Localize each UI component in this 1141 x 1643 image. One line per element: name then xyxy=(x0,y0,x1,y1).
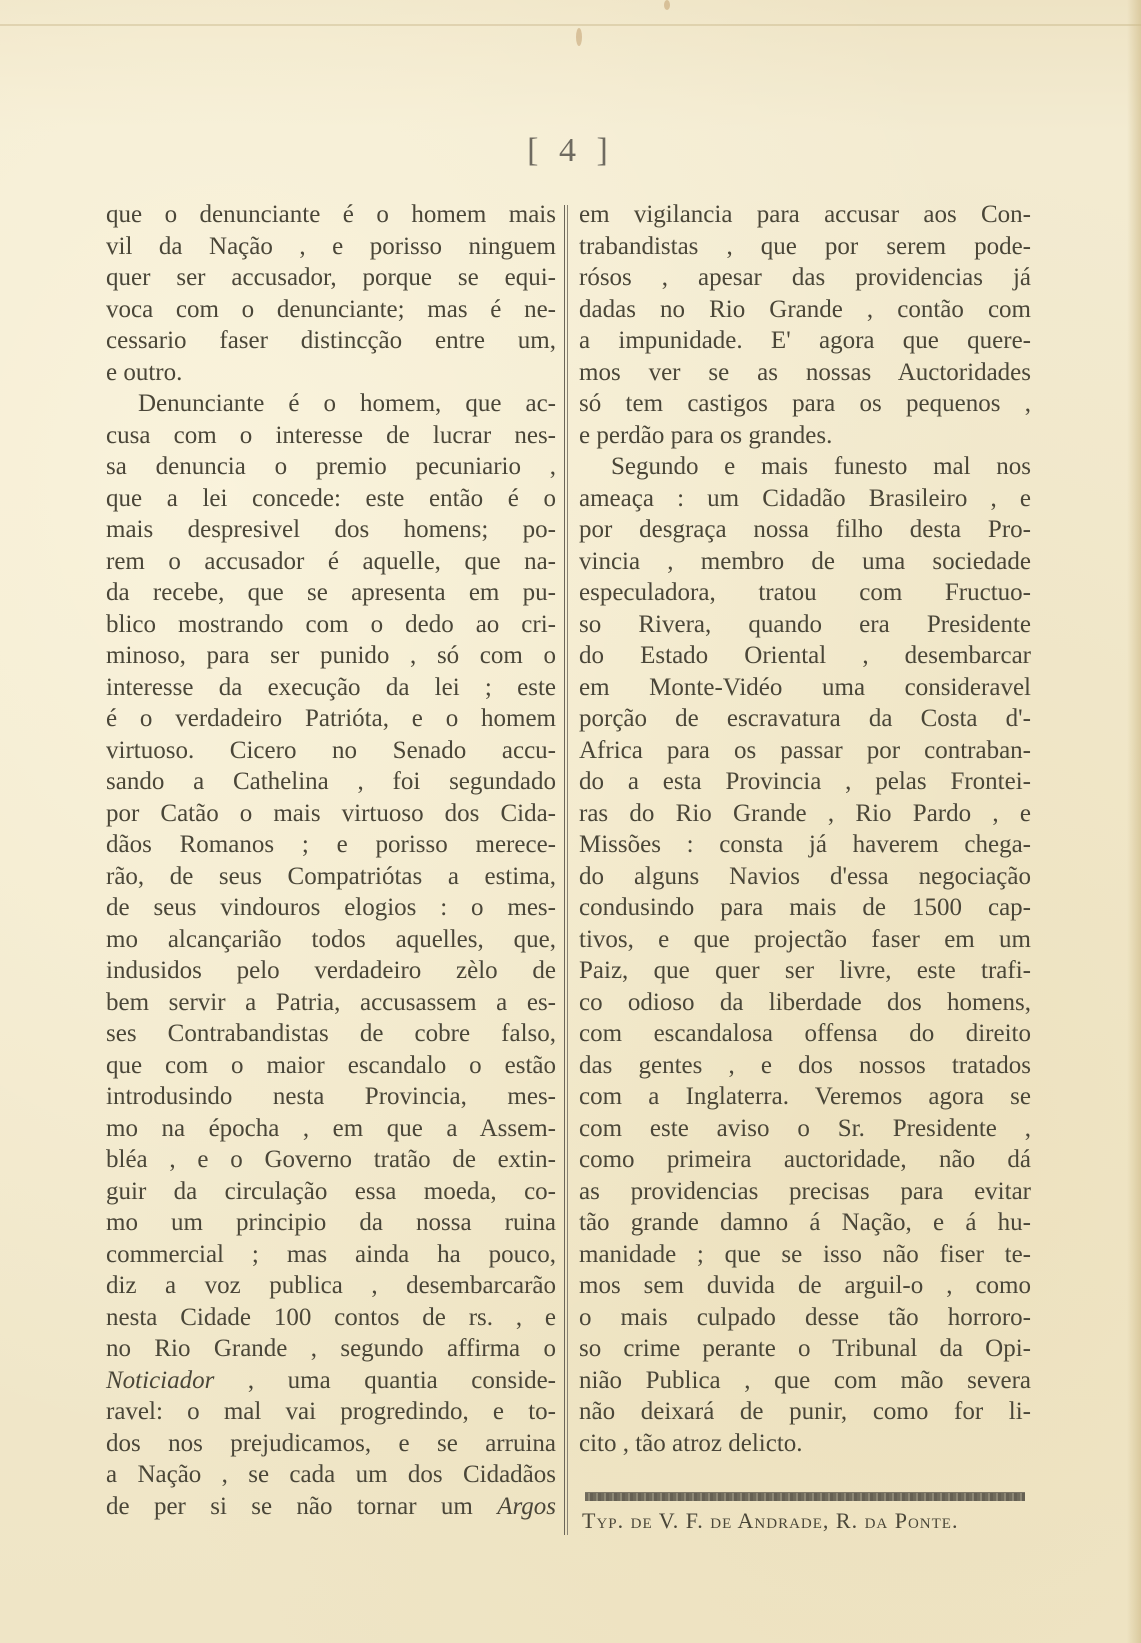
text-line: bem servir a Patria, accusassem a es- xyxy=(106,987,556,1019)
text-line: a Nação , se cada um dos Cidadãos xyxy=(106,1459,556,1491)
text-line: nesta Cidade 100 contos de rs. , e xyxy=(106,1302,556,1334)
ornamental-rule xyxy=(585,1492,1025,1501)
text-line: é o verdadeiro Patrióta, e o homem xyxy=(106,703,556,735)
text-line: sa denuncia o premio pecuniario , xyxy=(106,451,556,483)
text-line: nião Publica , que com mão severa xyxy=(579,1365,1031,1397)
text-line: no Rio Grande , segundo affirma o xyxy=(106,1333,556,1365)
text-line: tivos, e que projectão faser em um xyxy=(579,924,1031,956)
text-line: cessario faser distincção entre um, xyxy=(106,325,556,357)
text-line: minoso, para ser punido , só com o xyxy=(106,640,556,672)
text-line: com este aviso o Sr. Presidente , xyxy=(579,1113,1031,1145)
text-line: por Catão o mais virtuoso dos Cida- xyxy=(106,798,556,830)
text-line: Noticiador , uma quantia conside- xyxy=(106,1365,556,1397)
text-line: do a esta Provincia , pelas Frontei- xyxy=(579,766,1031,798)
printer-imprint: Typ. de V. F. de Andrade, R. da Ponte. xyxy=(582,1508,1032,1534)
text-line: com escandalosa offensa do direito xyxy=(579,1018,1031,1050)
text-line: da recebe, que se apresenta em pu- xyxy=(106,577,556,609)
text-line: interesse da execução da lei ; este xyxy=(106,672,556,704)
text-line: so crime perante o Tribunal da Opi- xyxy=(579,1333,1031,1365)
text-line: mais despresivel dos homens; po- xyxy=(106,514,556,546)
page-number: [ 4 ] xyxy=(0,132,1141,170)
ink-stain xyxy=(576,28,582,46)
text-line: de seus vindouros elogios : o mes- xyxy=(106,892,556,924)
text-line: as providencias precisas para evitar xyxy=(579,1176,1031,1208)
text-line: como primeira auctoridade, não dá xyxy=(579,1144,1031,1176)
text-line: do alguns Navios d'essa negociação xyxy=(579,861,1031,893)
text-line: ravel: o mal vai progredindo, e to- xyxy=(106,1396,556,1428)
right-column: em vigilancia para accusar aos Con- trab… xyxy=(579,199,1031,1459)
text-line: tão grande damno á Nação, e á hu- xyxy=(579,1207,1031,1239)
text-line: bléa , e o Governo tratão de extin- xyxy=(106,1144,556,1176)
text-line: cito , tão atroz delicto. xyxy=(579,1428,1031,1460)
text-line: com a Inglaterra. Veremos agora se xyxy=(579,1081,1031,1113)
text-line: quer ser accusador, porque se equi- xyxy=(106,262,556,294)
text-line: indusidos pelo verdadeiro zèlo de xyxy=(106,955,556,987)
text-line: a impunidade. E' agora que quere- xyxy=(579,325,1031,357)
text-line: de per si se não tornar um Argos xyxy=(106,1491,556,1523)
text-line: co odioso da liberdade dos homens, xyxy=(579,987,1031,1019)
text-line: que a lei concede: este então é o xyxy=(106,483,556,515)
text-line: dos nos prejudicamos, e se arruina xyxy=(106,1428,556,1460)
text-line: Africa para os passar por contraban- xyxy=(579,735,1031,767)
text-line: rem o accusador é aquelle, que na- xyxy=(106,546,556,578)
left-column: que o denunciante é o homem mais vil da … xyxy=(106,199,556,1522)
text-line: commercial ; mas ainda ha pouco, xyxy=(106,1239,556,1271)
text-line: rão, de seus Compatriótas a estima, xyxy=(106,861,556,893)
text-line: ras do Rio Grande , Rio Pardo , e xyxy=(579,798,1031,830)
text-line: Segundo e mais funesto mal nos xyxy=(579,451,1031,483)
text-line: e outro. xyxy=(106,357,556,389)
text-line: do Estado Oriental , desembarcar xyxy=(579,640,1031,672)
text-line: so Rivera, quando era Presidente xyxy=(579,609,1031,641)
text-line: manidade ; que se isso não fiser te- xyxy=(579,1239,1031,1271)
text-line: em Monte-Vidéo uma consideravel xyxy=(579,672,1031,704)
ink-stain xyxy=(664,0,670,10)
text-line: rósos , apesar das providencias já xyxy=(579,262,1031,294)
text-line: especuladora, tratou com Fructuo- xyxy=(579,577,1031,609)
text-line: das gentes , e dos nossos tratados xyxy=(579,1050,1031,1082)
text-line: mo alcançarião todos aquelles, que, xyxy=(106,924,556,956)
text-line: guir da circulação essa moeda, co- xyxy=(106,1176,556,1208)
column-divider xyxy=(564,205,568,1535)
text-line: não deixará de punir, como for li- xyxy=(579,1396,1031,1428)
italic-word: Noticiador xyxy=(106,1367,214,1394)
text-line: porção de escravatura da Costa d'- xyxy=(579,703,1031,735)
text-line: Missões : consta já haverem chega- xyxy=(579,829,1031,861)
text-line: Denunciante é o homem, que ac- xyxy=(106,388,556,420)
text-line: voca com o denunciante; mas é ne- xyxy=(106,294,556,326)
text-line: que com o maior escandalo o estão xyxy=(106,1050,556,1082)
text-line: vil da Nação , e porisso ninguem xyxy=(106,231,556,263)
text-line: mo na épocha , em que a Assem- xyxy=(106,1113,556,1145)
text-line: ses Contrabandistas de cobre falso, xyxy=(106,1018,556,1050)
text-line: trabandistas , que por serem pode- xyxy=(579,231,1031,263)
text-line: cusa com o interesse de lucrar nes- xyxy=(106,420,556,452)
text-line: vincia , membro de uma sociedade xyxy=(579,546,1031,578)
text-line: mos ver se as nossas Auctoridades xyxy=(579,357,1031,389)
text-line: dãos Romanos ; e porisso merece- xyxy=(106,829,556,861)
text-line: em vigilancia para accusar aos Con- xyxy=(579,199,1031,231)
text-line: e perdão para os grandes. xyxy=(579,420,1031,452)
text-line: blico mostrando com o dedo ao cri- xyxy=(106,609,556,641)
text-line: diz a voz publica , desembarcarão xyxy=(106,1270,556,1302)
text-line: condusindo para mais de 1500 cap- xyxy=(579,892,1031,924)
text-line: dadas no Rio Grande , contão com xyxy=(579,294,1031,326)
text-line: mos sem duvida de arguil-o , como xyxy=(579,1270,1031,1302)
text-line: por desgraça nossa filho desta Pro- xyxy=(579,514,1031,546)
text-line: introdusindo nesta Provincia, mes- xyxy=(106,1081,556,1113)
italic-word: Argos xyxy=(497,1493,556,1520)
text-line: virtuoso. Cicero no Senado accu- xyxy=(106,735,556,767)
paper-fold-line xyxy=(0,24,1141,26)
text-line: Paiz, que quer ser livre, este trafi- xyxy=(579,955,1031,987)
document-page: [ 4 ] que o denunciante é o homem mais v… xyxy=(0,0,1141,1643)
text-line: só tem castigos para os pequenos , xyxy=(579,388,1031,420)
paper-edge xyxy=(1127,0,1141,1643)
text-line: o mais culpado desse tão horroro- xyxy=(579,1302,1031,1334)
text-line: mo um principio da nossa ruina xyxy=(106,1207,556,1239)
text-line: que o denunciante é o homem mais xyxy=(106,199,556,231)
text-line: sando a Cathelina , foi segundado xyxy=(106,766,556,798)
text-line: ameaça : um Cidadão Brasileiro , e xyxy=(579,483,1031,515)
